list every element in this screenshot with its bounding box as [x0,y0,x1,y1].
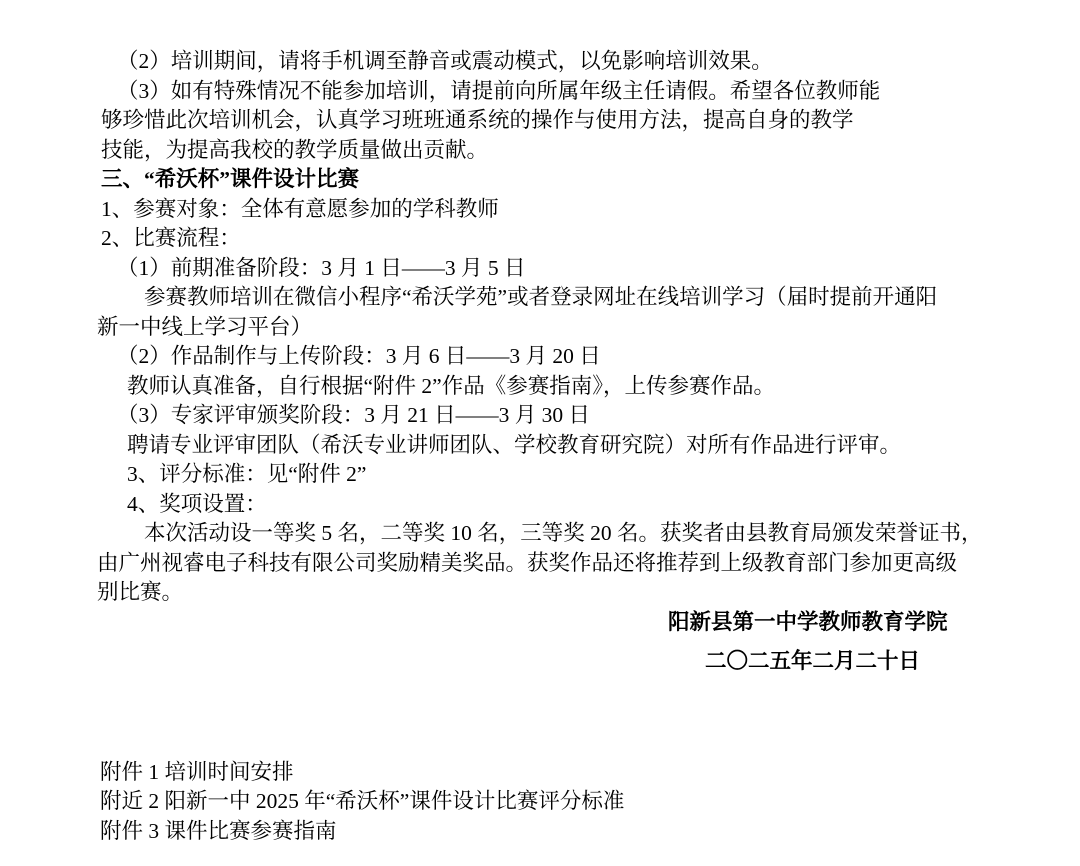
document-body: （2）培训期间，请将手机调至静音或震动模式，以免影响培训效果。 （3）如有特殊情… [0,0,1080,846]
doc-line: 新一中线上学习平台） [0,313,1080,343]
signature-organization: 阳新县第一中学教师教育学院 [0,608,1080,638]
doc-line: 别比赛。 [0,578,1080,608]
attachment-item: 附件 1 培训时间安排 [0,758,1080,788]
doc-line: 参赛教师培训在微信小程序“希沃学苑”或者登录网址在线培训学习（届时提前开通阳 [0,283,1080,313]
doc-line: 教师认真准备，自行根据“附件 2”作品《参赛指南》，上传参赛作品。 [0,372,1080,402]
doc-line: （1）前期准备阶段：3 月 1 日——3 月 5 日 [0,254,1080,284]
doc-line: （3）专家评审颁奖阶段：3 月 21 日——3 月 30 日 [0,401,1080,431]
doc-line: 够珍惜此次培训机会，认真学习班班通系统的操作与使用方法，提高自身的教学 [0,106,1080,136]
doc-line: 4、奖项设置： [0,490,1080,520]
attachments-list: 附件 1 培训时间安排 附近 2 阳新一中 2025 年“希沃杯”课件设计比赛评… [0,758,1080,847]
doc-line: 本次活动设一等奖 5 名，二等奖 10 名，三等奖 20 名。获奖者由县教育局颁… [0,519,1080,549]
doc-line: （2）作品制作与上传阶段：3 月 6 日——3 月 20 日 [0,342,1080,372]
doc-line: 3、评分标准：见“附件 2” [0,460,1080,490]
doc-line: 由广州视睿电子科技有限公司奖励精美奖品。获奖作品还将推荐到上级教育部门参加更高级 [0,549,1080,579]
section-heading: 三、“希沃杯”课件设计比赛 [0,165,1080,195]
signature-date: 二〇二五年二月二十日 [0,647,1080,677]
attachment-item: 附近 2 阳新一中 2025 年“希沃杯”课件设计比赛评分标准 [0,787,1080,817]
document-page: （2）培训期间，请将手机调至静音或震动模式，以免影响培训效果。 （3）如有特殊情… [0,0,1080,866]
doc-line: 1、参赛对象：全体有意愿参加的学科教师 [0,195,1080,225]
doc-line: （2）培训期间，请将手机调至静音或震动模式，以免影响培训效果。 [0,47,1080,77]
doc-line: 2、比赛流程： [0,224,1080,254]
attachment-item: 附件 3 课件比赛参赛指南 [0,817,1080,847]
doc-line: 技能，为提高我校的教学质量做出贡献。 [0,136,1080,166]
doc-line: 聘请专业评审团队（希沃专业讲师团队、学校教育研究院）对所有作品进行评审。 [0,431,1080,461]
doc-line: （3）如有特殊情况不能参加培训，请提前向所属年级主任请假。希望各位教师能 [0,77,1080,107]
